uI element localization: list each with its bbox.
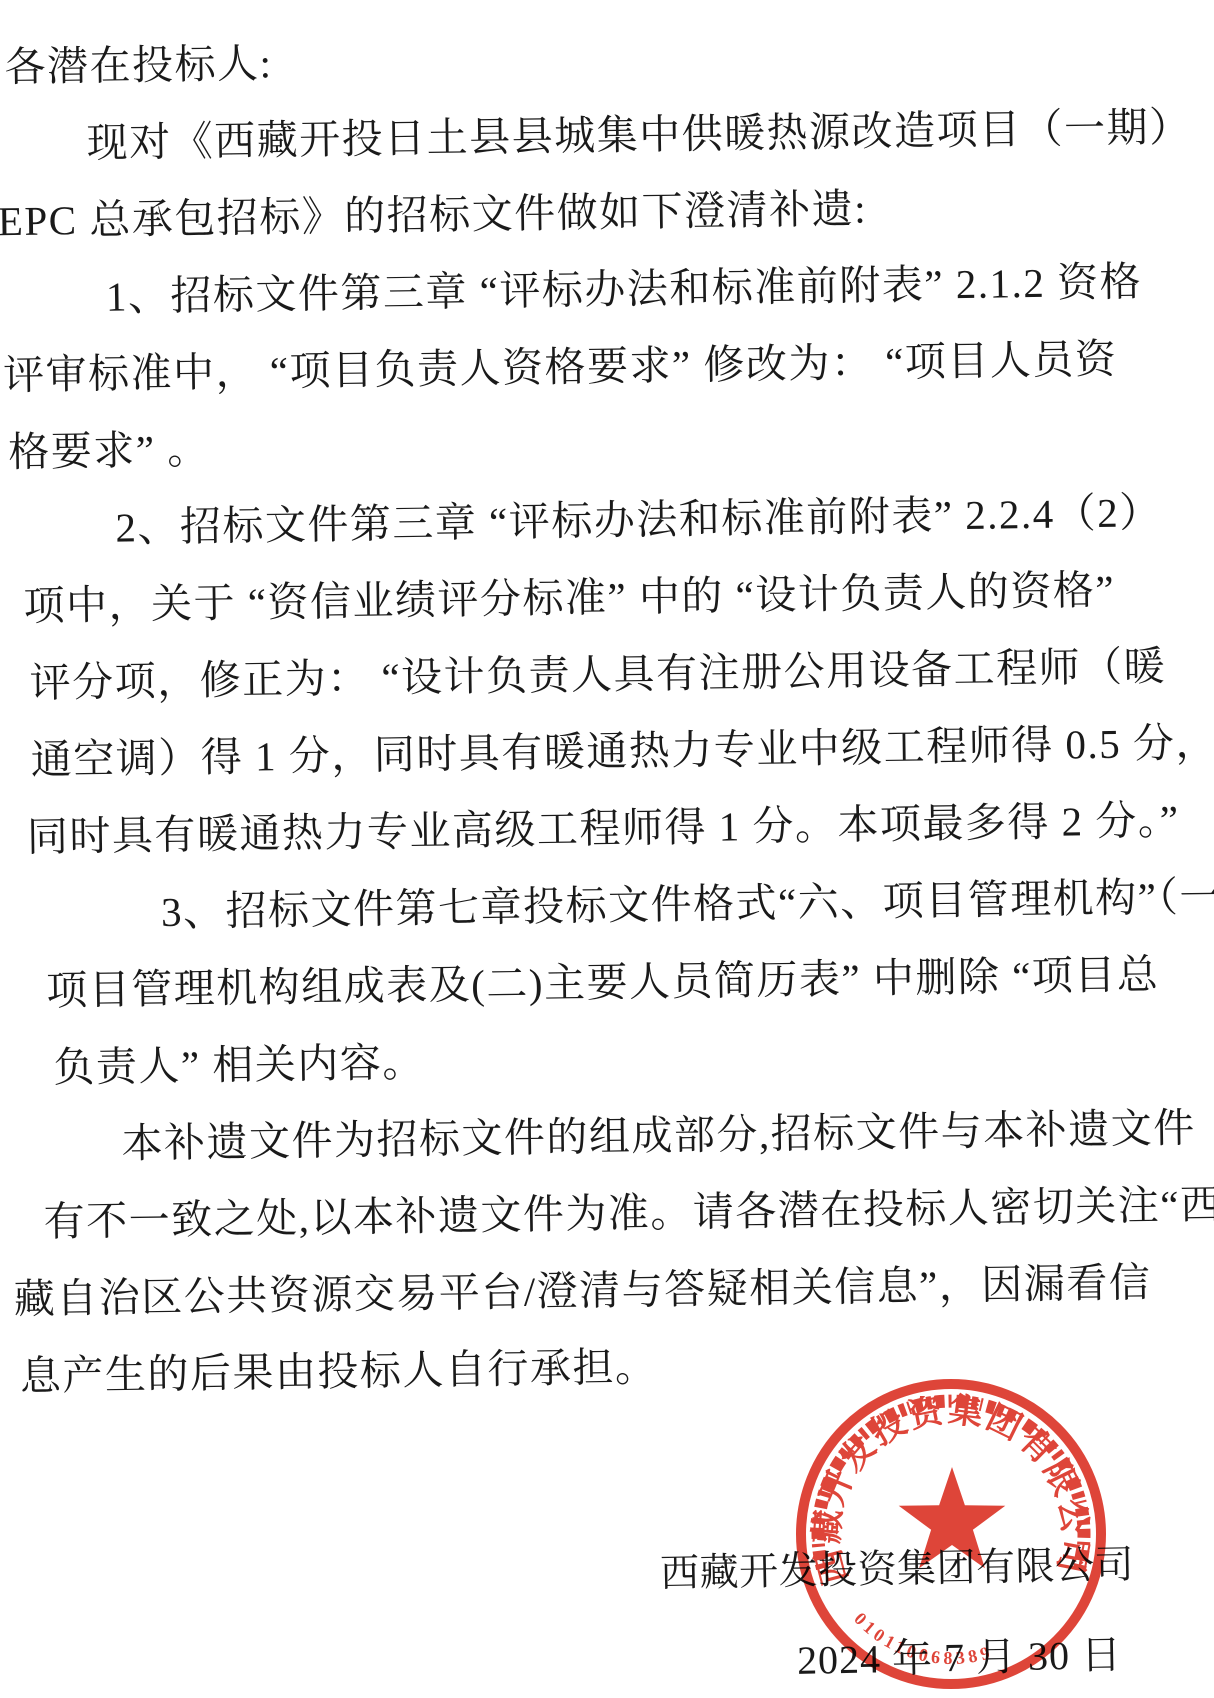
company-seal-stamp: 西藏开发投资集团有限公司 010110068389 [791,1374,1111,1694]
document-text: 各潜在投标人:现对《西藏开投日土县县城集中供暖热源改造项目（一期）EPC 总承包… [0,11,1214,1415]
scanned-document-page: 各潜在投标人:现对《西藏开投日土县县城集中供暖热源改造项目（一期）EPC 总承包… [0,0,1214,1698]
stamp-star-icon [899,1467,1006,1568]
